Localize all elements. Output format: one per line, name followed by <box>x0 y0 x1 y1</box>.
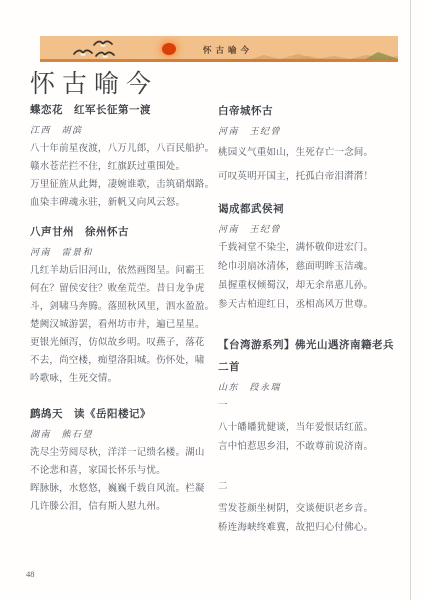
poem-title: 八声甘州 徐州怀古 <box>30 226 222 240</box>
poem-body-part2: 雪发苍颜坐树阴，交谈便识老乡音。 桥连海峡终难冀，故把归心付佛心。 <box>218 500 406 538</box>
part-label-two: 二 <box>218 478 406 496</box>
poem-line: 楚阙汉城游罢，看州坊市井，遍已星星。 <box>30 316 222 334</box>
poem-line: 不论悲和喜，家国长怀乐与忧。 <box>30 462 222 480</box>
poem-line: 何在？留侯安往？败垒荒茔。昔日龙争虎 <box>30 280 222 298</box>
page-number: 48 <box>26 569 35 579</box>
poem-line: 纶巾羽扇冰清体，慈面明眸玉洁魂。 <box>218 258 406 277</box>
poem-line: 洗尽尘劳阅尽秋，洋洋一记缋名楼。湖山 <box>30 444 222 462</box>
poem-line: 桥连海峡终难冀，故把归心付佛心。 <box>218 519 406 538</box>
poem-title: 鹧鸪天 读《岳阳楼记》 <box>30 408 222 422</box>
poem-bashengganzhou: 八声甘州 徐州怀古 河南 雷景和 几红羊劫后旧河山，依然画图呈。问霸王 何在？留… <box>30 226 222 388</box>
poem-line: 更银光倾泻，仿似故乡明。叹燕子，落花 <box>30 334 222 352</box>
poem-author: 河南 雷景和 <box>30 246 222 258</box>
poem-body-part1: 八十皤皤犹健谈，当年爱恨话红蓝。 言中怕惹思乡泪，不敢尊前说济南。 <box>218 419 406 457</box>
sun-icon <box>162 43 176 55</box>
poem-wuhouci: 谒成都武侯祠 河南 王纪曾 千载祠堂不染尘，满怀敬仰进宏门。 纶巾羽扇冰清体，慈… <box>218 203 406 315</box>
poem-line: 雪发苍颜坐树阴，交谈便识老乡音。 <box>218 500 406 519</box>
poem-line: 万里征旌从此舞，凄婉谁歌，击筑硝烟路。 <box>30 176 222 194</box>
poem-line: 八十皤皤犹健谈，当年爱恨话红蓝。 <box>218 419 406 438</box>
poem-line: 桃园义气重如山，生死存亡一念间。 <box>218 141 406 165</box>
poem-author: 河南 王纪曾 <box>218 223 406 235</box>
poem-line: 几红羊劫后旧河山，依然画图呈。问霸王 <box>30 262 222 280</box>
poem-dielianhua: 蝶恋花 红军长征第一渡 江西 胡滨 八十年前星夜渡，八万儿郎，八百民船护。 赣水… <box>30 104 222 212</box>
poem-line: 虽握重权倾蜀汉，却无余帛惠儿孙。 <box>218 277 406 296</box>
poem-line: 吟歌咏，生死交情。 <box>30 370 222 388</box>
poem-body: 几红羊劫后旧河山，依然画图呈。问霸王 何在？留侯安往？败垒荒茔。昔日龙争虎 斗，… <box>30 262 222 388</box>
poem-title: 白帝城怀古 <box>218 105 406 119</box>
poem-line: 赣水苍茫拦不住，红旗跃过重围处。 <box>30 158 222 176</box>
banner-section-label: 怀古喻今 <box>203 44 253 56</box>
poem-body: 八十年前星夜渡，八万儿郎，八百民船护。 赣水苍茫拦不住，红旗跃过重围处。 万里征… <box>30 140 222 212</box>
poem-line: 参天古柏迎红日，丞相高风万世尊。 <box>218 296 406 315</box>
banner-bottom-strip <box>40 59 398 62</box>
header-banner-image: 怀古喻今 <box>40 36 398 62</box>
poem-line: 不去，尚空楼，痴望洛阳城。伤怀处，啸 <box>30 352 222 370</box>
poem-line: 斗，剑啸马奔腾。落照秋风里，泗水盈盈。 <box>30 298 222 316</box>
poem-author: 山东 段永瑞 <box>218 381 406 393</box>
poem-baidicheng: 白帝城怀古 河南 王纪曾 桃园义气重如山，生死存亡一念间。 可叹英明开国主，托孤… <box>218 105 406 189</box>
poem-line: 几许滕公泪，信有斯人慰九州。 <box>30 498 222 516</box>
poem-author: 江西 胡滨 <box>30 124 222 136</box>
part-label-one: 一 <box>218 397 406 415</box>
poem-line: 八十年前星夜渡，八万儿郎，八百民船护。 <box>30 140 222 158</box>
poem-line: 晖脉脉，水悠悠，巍巍千载自风流。栏凝 <box>30 480 222 498</box>
poem-author: 河南 王纪曾 <box>218 125 406 137</box>
poem-title: 谒成都武侯祠 <box>218 203 406 217</box>
poem-body: 洗尽尘劳阅尽秋，洋洋一记缋名楼。湖山 不论悲和喜，家国长怀乐与忧。 晖脉脉，水悠… <box>30 444 222 516</box>
poem-title-line2: 二首 <box>218 361 406 375</box>
page-edge-line <box>410 0 411 600</box>
poem-line: 血染丰碑魂永驻，新帆又向风云怒。 <box>30 194 222 212</box>
poem-line: 可叹英明开国主，托孤白帝泪潸潸！ <box>218 165 406 189</box>
page-title: 怀古喻今 <box>30 64 158 100</box>
poem-body: 千载祠堂不染尘，满怀敬仰进宏门。 纶巾羽扇冰清体，慈面明眸玉洁魂。 虽握重权倾蜀… <box>218 239 406 315</box>
poem-body: 桃园义气重如山，生死存亡一念间。 可叹英明开国主，托孤白帝泪潸潸！ <box>218 141 406 189</box>
poem-title: 蝶恋花 红军长征第一渡 <box>30 104 222 118</box>
poem-author: 湖南 熊石望 <box>30 428 222 440</box>
poem-line: 言中怕惹思乡泪，不敢尊前说济南。 <box>218 438 406 457</box>
poem-title-line1: 【台湾游系列】佛光山遇济南籍老兵 <box>218 339 406 353</box>
book-page: 怀古喻今 怀古喻今 蝶恋花 红军长征第一渡 江西 胡滨 八十年前星夜渡，八万儿郎… <box>0 0 426 600</box>
poem-taiwan-series: 【台湾游系列】佛光山遇济南籍老兵 二首 山东 段永瑞 一 八十皤皤犹健谈，当年爱… <box>218 339 406 538</box>
poem-zhegutian: 鹧鸪天 读《岳阳楼记》 湖南 熊石望 洗尽尘劳阅尽秋，洋洋一记缋名楼。湖山 不论… <box>30 408 222 516</box>
poem-line: 千载祠堂不染尘，满怀敬仰进宏门。 <box>218 239 406 258</box>
